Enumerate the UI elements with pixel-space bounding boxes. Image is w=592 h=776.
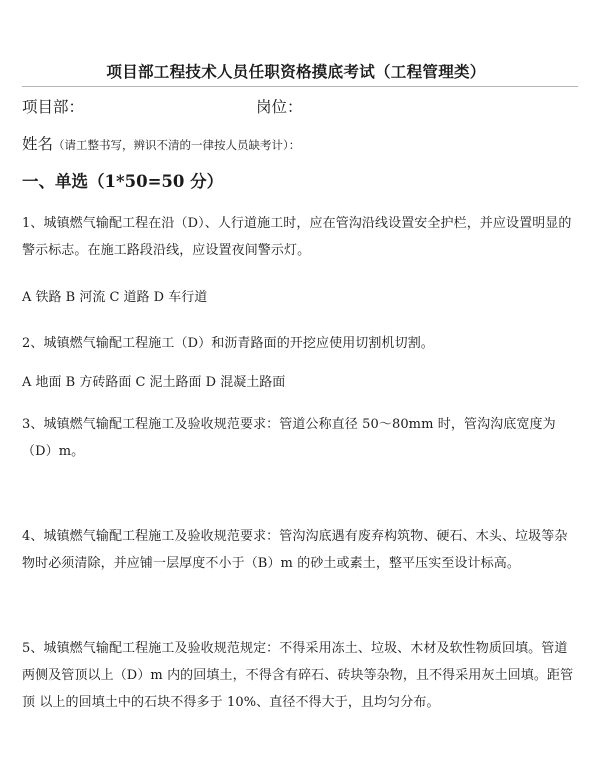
post-label: 岗位：	[256, 95, 303, 117]
document-title: 项目部工程技术人员任职资格摸底考试（工程管理类）	[0, 60, 592, 82]
question-3: 3、城镇燃气输配工程施工及验收规范要求：管道公称直径 50～80mm 时，管沟沟…	[22, 411, 578, 465]
question-1: 1、城镇燃气输配工程在沿（D）、人行道施工时，应在管沟沿线设置安全护栏，并应设置…	[22, 210, 578, 264]
name-instruction-note: （请工整书写，辨识不清的一律按人员缺考计）：	[53, 138, 300, 152]
project-department-label: 项目部：	[22, 95, 84, 117]
question-5: 5、城镇燃气输配工程施工及验收规范规定：不得采用冻土、垃圾、木材及软性物质回填。…	[22, 635, 578, 716]
name-label: 姓名	[22, 135, 53, 153]
question-4: 4、城镇燃气输配工程施工及验收规范要求：管沟沟底遇有废弃构筑物、硬石、木头、垃圾…	[22, 523, 578, 577]
question-2-options: A 地面 B 方砖路面 C 泥土路面 D 混凝土路面	[22, 371, 285, 390]
question-2: 2、城镇燃气输配工程施工（D）和沥青路面的开挖应使用切割机切割。	[22, 330, 578, 357]
question-1-options: A 铁路 B 河流 C 道路 D 车行道	[22, 286, 207, 305]
section-heading-single-choice: 一、单选（1*50=50 分）	[22, 168, 223, 192]
title-divider	[22, 86, 578, 87]
name-field-line: 姓名（请工整书写，辨识不清的一律按人员缺考计）：	[22, 132, 300, 154]
